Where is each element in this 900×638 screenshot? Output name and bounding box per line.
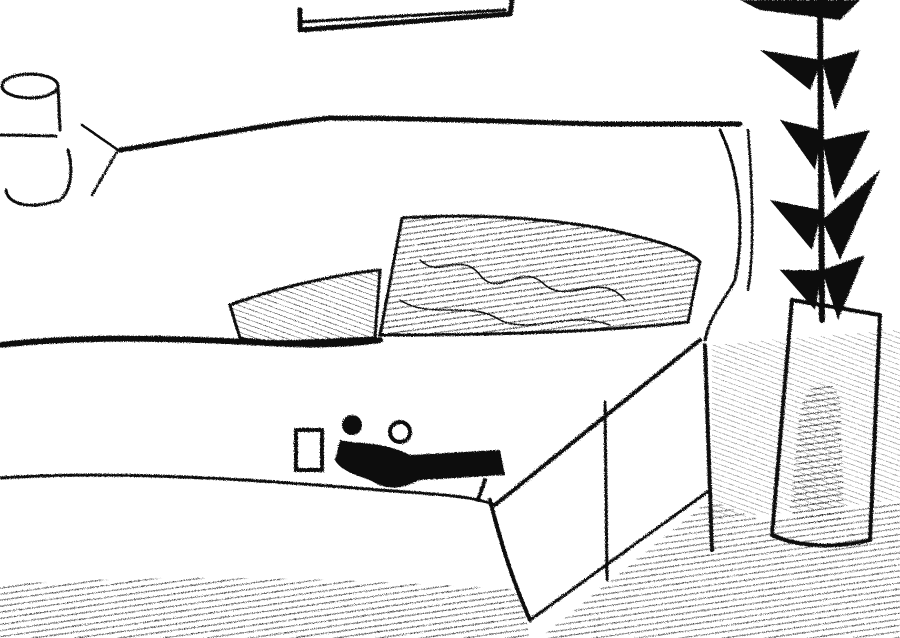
phone xyxy=(296,430,322,470)
blanket xyxy=(230,216,700,341)
bed-back-edge xyxy=(120,118,740,150)
frame-top xyxy=(300,0,512,30)
floor xyxy=(0,330,900,638)
bed xyxy=(0,130,752,620)
cup xyxy=(0,74,118,205)
sketch-scene xyxy=(0,0,900,638)
